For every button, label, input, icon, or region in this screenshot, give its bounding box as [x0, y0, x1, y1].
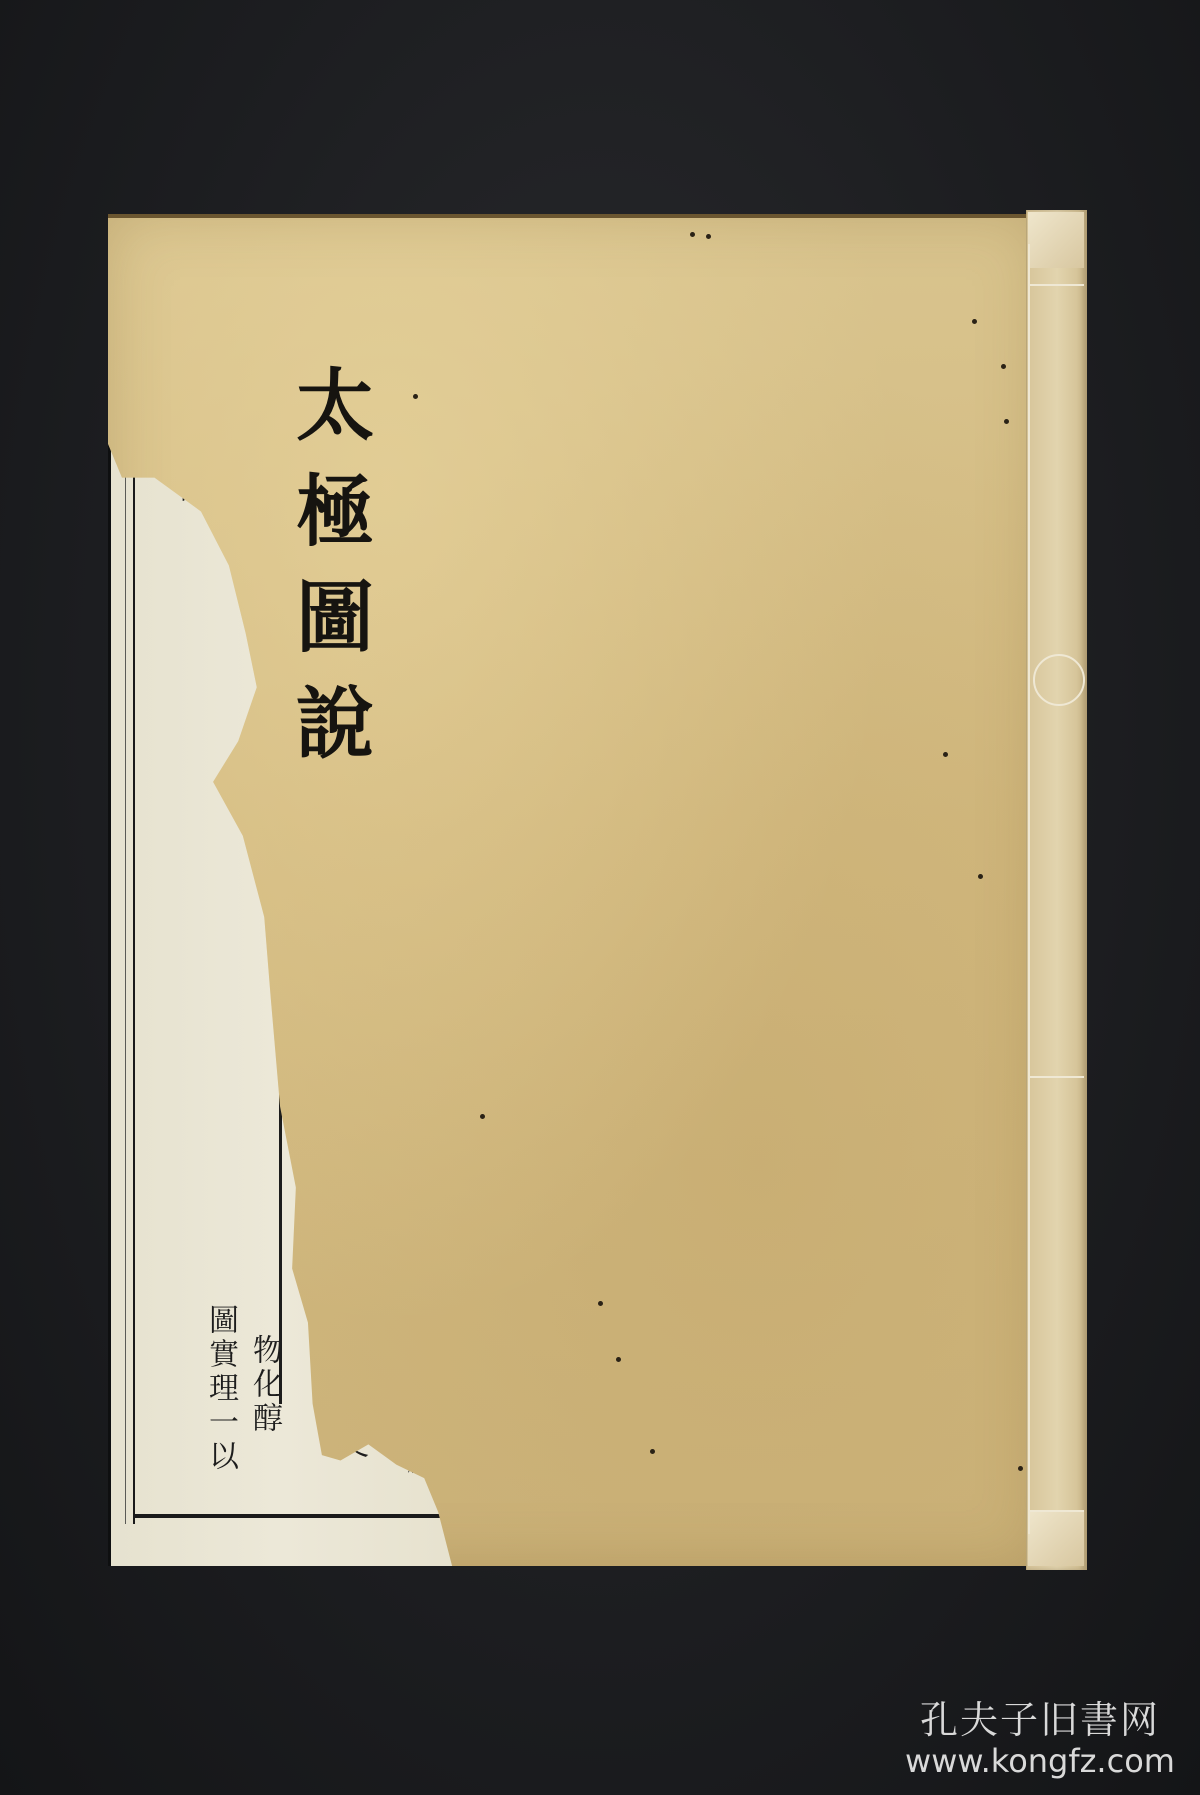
border-rule [125, 364, 126, 1524]
book: 日無極 圖實理一以 物化醇 氣交 雌雄 坤 太極圖說 [108, 214, 1086, 1566]
wormhole-spot [616, 1357, 621, 1362]
watermark: 孔夫子旧書网 www.kongfz.com [905, 1698, 1175, 1780]
binding-thread [1028, 244, 1030, 1534]
wormhole-spot [650, 1449, 655, 1454]
wormhole-spot [1001, 364, 1006, 369]
cover-edge [108, 214, 1038, 218]
wormhole-spot [690, 232, 695, 237]
wormhole-spot [413, 394, 418, 399]
corner-reinforcement [1028, 1510, 1084, 1566]
wormhole-spot [598, 1301, 603, 1306]
binding-thread-loop [1033, 654, 1085, 706]
binding-thread [1028, 1510, 1084, 1512]
border-rule [133, 364, 135, 1524]
wormhole-spot [1018, 1466, 1023, 1471]
corner-reinforcement [1028, 212, 1084, 268]
wormhole-spot [1004, 419, 1009, 424]
cover-title: 太極圖說 [258, 364, 378, 788]
binding-thread [1028, 284, 1084, 286]
wormhole-spot [480, 1114, 485, 1119]
wormhole-spot [706, 234, 711, 239]
watermark-site-name: 孔夫子旧書网 [905, 1698, 1175, 1742]
printed-text-column: 物化醇 [247, 1334, 281, 1436]
printed-text-column: 圖實理一以 [203, 1304, 237, 1474]
wormhole-spot [978, 874, 983, 879]
binding-thread [1028, 1076, 1084, 1078]
book-spine [1026, 210, 1087, 1570]
watermark-url: www.kongfz.com [905, 1742, 1175, 1780]
wormhole-spot [972, 319, 977, 324]
wormhole-spot [943, 752, 948, 757]
